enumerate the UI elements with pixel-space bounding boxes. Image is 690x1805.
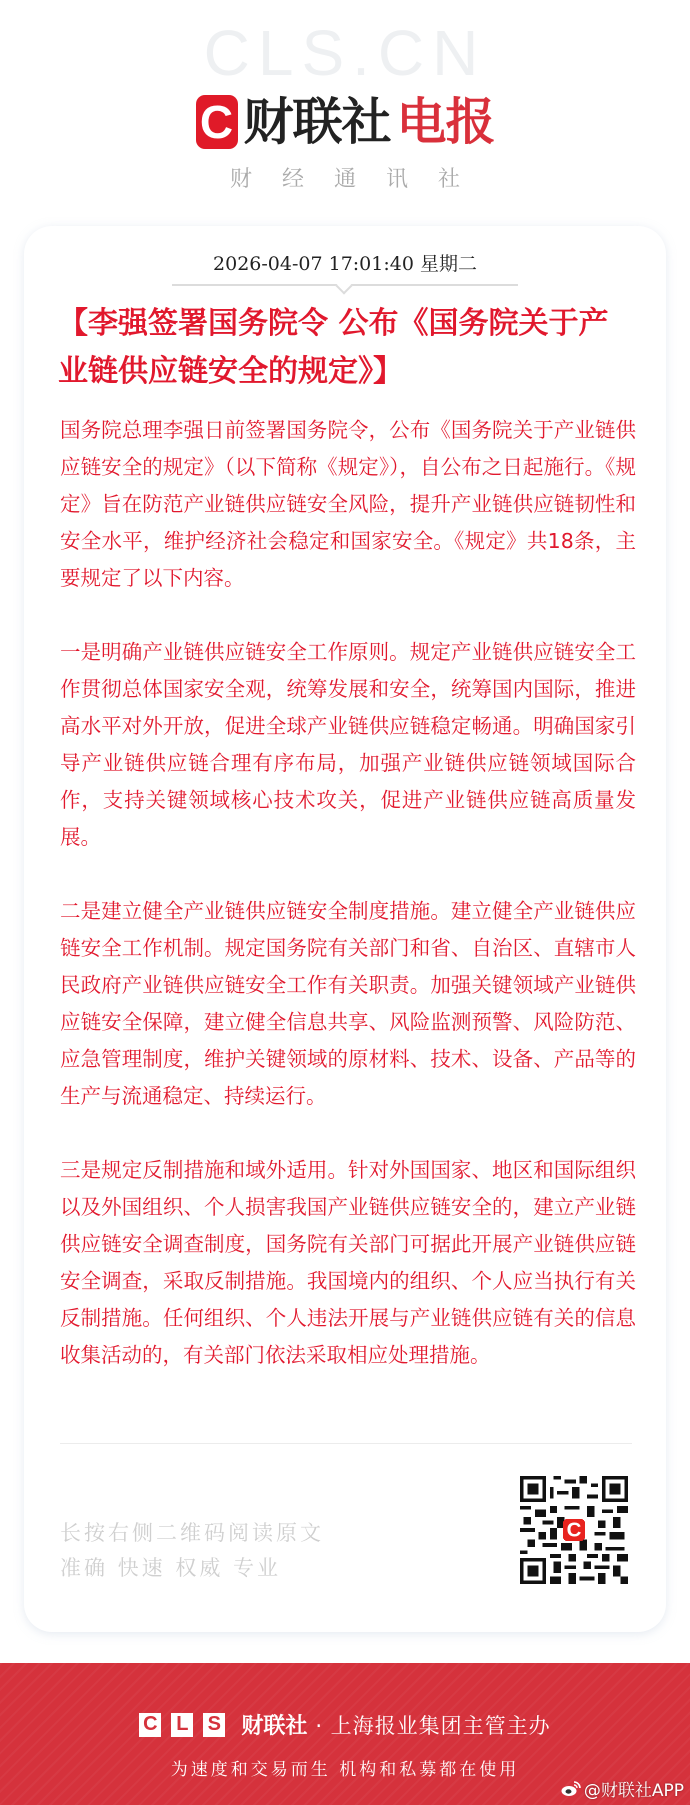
watermark-cls-cn: CLS.CN [0, 18, 690, 88]
footer-banner: C L S 财联社 · 上海报业集团主管主办 为速度和交易而生 机构和私募都在使… [0, 1663, 690, 1805]
weibo-watermark: @财联社APP [561, 1776, 684, 1801]
article-headline: 【李强签署国务院令 公布《国务院关于产业链供应链安全的规定》】 [58, 300, 638, 396]
article-paragraph-2: 二是建立健全产业链供应链安全制度措施。建立健全产业链供应链安全工作机制。规定国务… [60, 893, 636, 1115]
banner-brand: 财联社 [241, 1709, 307, 1740]
logo-text-telegraph: 电报 [397, 94, 495, 150]
cls-logo-icon: C [196, 95, 238, 149]
article-paragraph-1: 一是明确产业链供应链安全工作原则。规定产业链供应链安全工作贯彻总体国家安全观，统… [60, 634, 636, 856]
article-paragraph-3: 三是规定反制措施和域外适用。针对外国国家、地区和国际组织以及外国组织、个人损害我… [60, 1152, 636, 1374]
qr-code-icon[interactable]: C [520, 1476, 628, 1584]
logo-subtitle: 财经通讯社 [0, 162, 690, 193]
article-paragraph-intro: 国务院总理李强日前签署国务院令，公布《国务院关于产业链供应链安全的规定》（以下简… [60, 412, 636, 597]
logo-text-brand: 财联社 [244, 94, 391, 150]
weibo-handle: @财联社APP [584, 1776, 684, 1801]
svg-text:C: C [567, 1519, 582, 1542]
banner-organization: · 上海报业集团主管主办 [315, 1710, 550, 1740]
footer-tagline: 准确 快速 权威 专业 [60, 1550, 281, 1586]
brand-logo: C 财联社 电报 [0, 94, 690, 150]
qr-hint-text: 长按右侧二维码阅读原文 [60, 1515, 324, 1551]
footer-divider [60, 1443, 632, 1444]
cls-letter-c: C [139, 1713, 161, 1737]
cls-letter-l: L [171, 1713, 193, 1737]
article-datetime: 2026-04-07 17:01:40 星期二 [0, 248, 690, 280]
cls-letter-s: S [203, 1713, 225, 1737]
weibo-icon [561, 1780, 581, 1797]
